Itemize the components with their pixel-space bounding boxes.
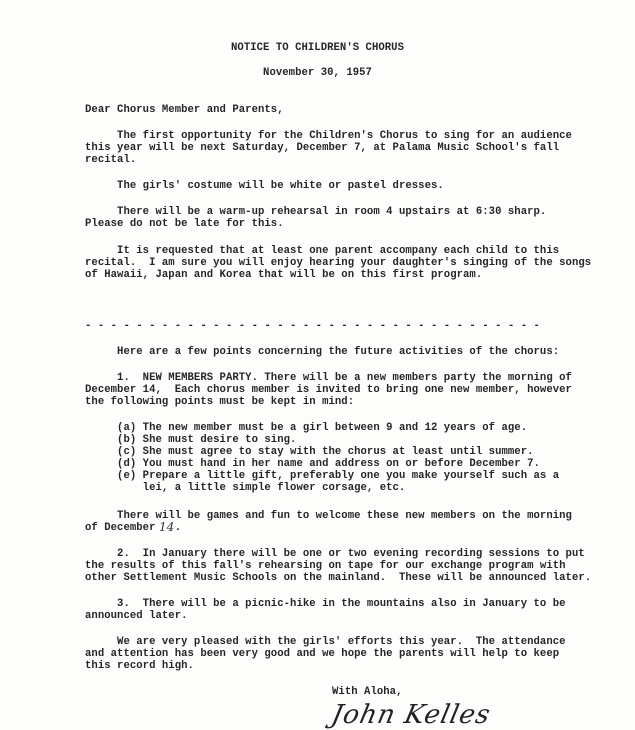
condition-item: (d) You must hand in her name and addres… — [85, 458, 540, 470]
letter-page: NOTICE TO CHILDREN'S CHORUS November 30,… — [0, 0, 635, 730]
salutation: Dear Chorus Member and Parents, — [85, 104, 284, 116]
document-title: NOTICE TO CHILDREN'S CHORUS — [0, 42, 635, 54]
point3-line: announced later. — [85, 610, 188, 622]
paragraph-line: The first opportunity for the Children's… — [85, 130, 572, 142]
signature: John Kelles — [329, 700, 494, 730]
point3-line: 3. There will be a picnic-hike in the mo… — [85, 598, 566, 610]
condition-item: (a) The new member must be a girl betwee… — [85, 422, 527, 434]
condition-item: (c) She must agree to stay with the chor… — [85, 446, 534, 458]
closing-paragraph-line: We are very pleased with the girls' effo… — [85, 636, 566, 648]
intro-line: Here are a few points concerning the fut… — [85, 346, 559, 358]
condition-item: (e) Prepare a little gift, preferably on… — [85, 470, 559, 482]
separator-line: - - - - - - - - - - - - - - - - - - - - … — [85, 320, 540, 332]
point1-line: the following points must be kept in min… — [85, 396, 354, 408]
point2-line: the results of this fall's rehearsing on… — [85, 560, 566, 572]
point1-line: 1. NEW MEMBERS PARTY. There will be a ne… — [85, 372, 572, 384]
paragraph-line: recital. I am sure you will enjoy hearin… — [85, 257, 591, 269]
closing: With Aloha, — [332, 686, 402, 698]
paragraph-line: recital. — [85, 154, 136, 166]
closing-paragraph-line: this record high. — [85, 660, 194, 672]
paragraph-line: this year will be next Saturday, Decembe… — [85, 142, 559, 154]
handwritten-correction: 14 — [159, 520, 174, 534]
paragraph-line: Please do not be late for this. — [85, 218, 284, 230]
point1-line: December 14, Each chorus member is invit… — [85, 384, 572, 396]
condition-item: (b) She must desire to sing. — [85, 434, 296, 446]
paragraph-line: The girls' costume will be white or past… — [85, 180, 444, 192]
paragraph-line: There will be a warm-up rehearsal in roo… — [85, 206, 546, 218]
paragraph-line: of Hawaii, Japan and Korea that will be … — [85, 269, 482, 281]
point2-line: other Settlement Music Schools on the ma… — [85, 572, 591, 584]
condition-item: lei, a little simple flower corsage, etc… — [85, 482, 405, 494]
point2-line: 2. In January there will be one or two e… — [85, 548, 585, 560]
closing-paragraph-line: and attention has been very good and we … — [85, 648, 559, 660]
paragraph-line: It is requested that at least one parent… — [85, 245, 559, 257]
document-date: November 30, 1957 — [0, 67, 635, 79]
